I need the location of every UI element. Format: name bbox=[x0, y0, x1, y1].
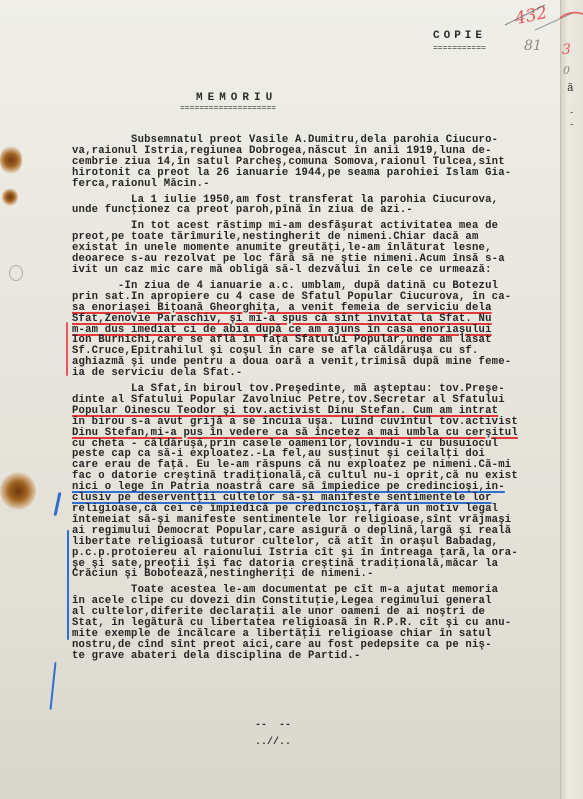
text-line: ia de serviciu dela Sfat.- bbox=[72, 368, 552, 379]
text-line: ferca,raionul Măcin.- bbox=[72, 179, 552, 190]
memorandum-body: Subsemnatul preot Vasile A.Dumitru,dela … bbox=[72, 135, 552, 667]
text-line: te grave abateri dela disciplina de Part… bbox=[72, 651, 552, 662]
footer-end-mark: ..//.. bbox=[255, 737, 291, 748]
paragraph-documented: Toate acestea le-am documentat pe cît m-… bbox=[72, 585, 552, 661]
red-margin-mark bbox=[66, 322, 68, 376]
rust-stain bbox=[0, 145, 22, 175]
document-title: MEMORIU bbox=[196, 92, 277, 104]
text-line-underlined-red: Dinu Stefan,mi-a pus în vedere ca să înc… bbox=[72, 428, 552, 439]
paragraph-council: La Sfat,în biroul tov.Preşedinte, mă aşt… bbox=[72, 384, 552, 580]
rust-stain bbox=[0, 472, 36, 510]
text-line: unde funcţionez ca preot paroh,pînă în z… bbox=[72, 205, 552, 216]
text-line: ivit un caz mic care mă obligă să-l dezv… bbox=[72, 265, 552, 276]
text-line: libertate religioasă tuturor cultelor, c… bbox=[72, 537, 552, 548]
rust-stain bbox=[2, 188, 18, 206]
paragraph-intro: Subsemnatul preot Vasile A.Dumitru,dela … bbox=[72, 135, 552, 190]
text-line-underlined-red: sa enoriaşei Biţoană Gheorghiţa, a venit… bbox=[72, 303, 552, 314]
footer-dashes: -- -- bbox=[255, 720, 291, 731]
edge-mark: - bbox=[569, 120, 574, 130]
paragraph-transfer: La 1 iulie 1950,am fost transferat la pa… bbox=[72, 195, 552, 217]
title-rule: ==================== bbox=[180, 104, 276, 113]
text-line: hirotonit ca preot la 26 ianuarie 1944,p… bbox=[72, 168, 552, 179]
paragraph-incident: -In ziua de 4 ianuarie a.c. umblam, după… bbox=[72, 281, 552, 379]
punch-hole bbox=[9, 265, 23, 281]
text-line: p.c.p.protoiereu al raionului Istria cît… bbox=[72, 548, 552, 559]
text-line: Crăciun şi Bobotează,nestingheriţi de ni… bbox=[72, 569, 552, 580]
handwritten-strokes bbox=[0, 0, 583, 120]
text-line-underlined-red: Sfat,Zenovie Paraschiv, şi mi-a spus că … bbox=[72, 314, 552, 325]
blue-margin-mark bbox=[67, 530, 69, 640]
paragraph-activity: In tot acest răstimp mi-am desfăşurat ac… bbox=[72, 221, 552, 276]
